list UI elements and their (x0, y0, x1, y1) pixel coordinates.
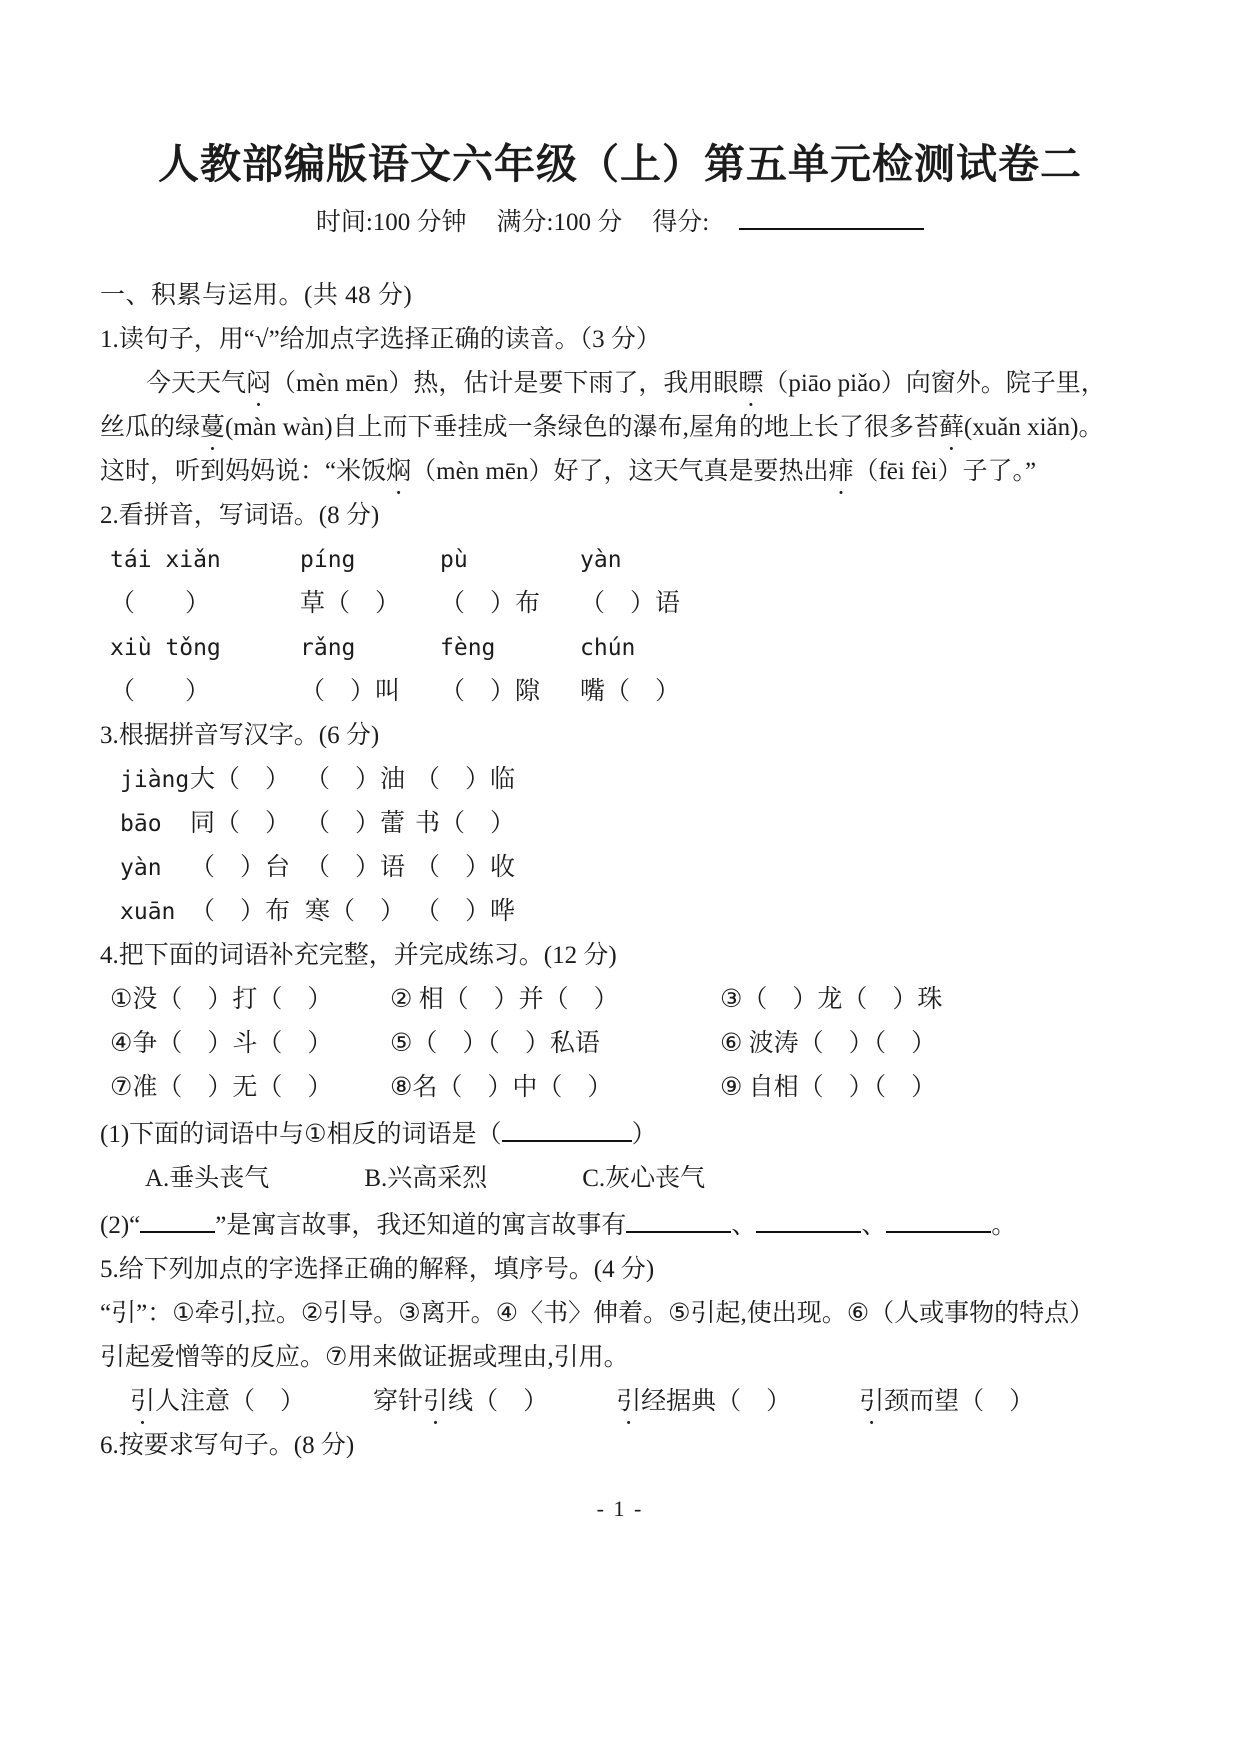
option-c: C.灰心丧气 (582, 1157, 705, 1201)
option-b: B.兴高采烈 (364, 1157, 487, 1201)
q4-sub1-options: A.垂头丧气 B.兴高采烈 C.灰心丧气 (100, 1157, 1140, 1201)
q3-row: yàn （ ）台 （ ）语 （ ）收 (100, 846, 1140, 890)
dotted-char: 痱 (828, 450, 853, 494)
q5-definition-line-1: “引”：①牵引,拉。②引导。③离开。④〈书〉伸着。⑤引起,使出现。⑥（人或事物的… (100, 1292, 1140, 1336)
q1-text: （mèn mēn）热，估计是要下雨了，我用眼 (271, 370, 738, 397)
score-blank-line (739, 198, 924, 230)
q1-text: (màn wàn)自上而下垂挂成一条绿色的瀑布,屋角的地上长了很多苔 (225, 414, 939, 441)
pinyin-cell: tái xiǎn (110, 538, 300, 582)
page-number: - 1 - (100, 1496, 1140, 1522)
meta-full-score: 满分:100 分 (497, 205, 623, 241)
q3-row: xuān （ ）布 寒（ ） （ ）哗 (100, 890, 1140, 934)
q4-sub2-separator: 、 (731, 1212, 756, 1239)
answer-brackets: （ ）语 (580, 582, 1140, 626)
dotted-char: 蔓 (200, 406, 225, 450)
option-a: A.垂头丧气 (145, 1157, 269, 1201)
q2-answer-row-1: （ ） 草（ ） （ ）布 （ ）语 (100, 582, 1140, 626)
idiom-text: 颈而望（ ） (884, 1388, 1034, 1415)
answer-brackets: （ ）哗 (415, 890, 1140, 934)
pinyin-cell: chún (580, 626, 1140, 670)
q1-text: 丝瓜的绿 (100, 414, 200, 441)
q1-text: 今天天气 (146, 370, 246, 397)
idiom-blank-group: ⑧名（ ）中（ ） (390, 1066, 720, 1110)
meta-time: 时间:100 分钟 (316, 205, 467, 241)
idiom-blank-group: ⑤（ ）（ ）私语 (390, 1022, 720, 1066)
q4-sub-question-2: (2)“”是寓言故事，我还知道的寓言故事有、、。 (100, 1201, 1140, 1248)
q1-text: （fēi fèi）子了。” (853, 458, 1036, 485)
q2-pinyin-row-1: tái xiǎn píng pù yàn (100, 538, 1140, 582)
q5-definition-line-2: 引起爱憎等的反应。⑦用来做证据或理由,引用。 (100, 1336, 1140, 1380)
question-2-label: 2.看拼音，写词语。(8 分) (100, 494, 1140, 538)
idiom-blank-group: ④争（ ）斗（ ） (110, 1022, 390, 1066)
q3-row: bāo 同（ ） （ ）蕾 书（ ） (100, 802, 1140, 846)
q1-paragraph-line-3: 这时，听到妈妈说：“米饭焖（mèn mēn）好了，这天气真是要热出痱（fēi f… (100, 450, 1140, 494)
dotted-char: 引 (616, 1380, 641, 1424)
answer-brackets: （ ）隙 (440, 670, 580, 714)
dotted-char: 瞟 (738, 362, 763, 406)
pinyin-cell: fèng (440, 626, 580, 670)
q4-idiom-line-1: ①没（ ）打（ ） ② 相（ ）并（ ） ③（ ）龙（ ）珠 (100, 978, 1140, 1022)
q1-text: 这时，听到妈妈说：“米饭 (100, 458, 386, 485)
exam-meta-line: 时间:100 分钟 满分:100 分 得分: (0, 198, 1240, 234)
q1-text: （piāo piǎo）向窗外。院子里， (763, 370, 1105, 397)
idiom-blank-group: ② 相（ ）并（ ） (390, 978, 720, 1022)
q5-idiom: 引人注意（ ） (130, 1380, 305, 1424)
dotted-char: 引 (130, 1380, 155, 1424)
answer-blank-line (886, 1201, 991, 1233)
pinyin-cell: rǎng (300, 626, 440, 670)
idiom-text: 穿针 (373, 1388, 423, 1415)
answer-blank-line (626, 1201, 731, 1233)
q5-idiom: 引经据典（ ） (616, 1380, 791, 1424)
answer-brackets: （ ）叫 (300, 670, 440, 714)
q2-pinyin-row-2: xiù tǒng rǎng fèng chún (100, 626, 1140, 670)
answer-blank-line (140, 1201, 215, 1233)
pinyin-cell: pù (440, 538, 580, 582)
q4-sub2-text: 。 (991, 1212, 1016, 1239)
pinyin-cell: xiù tǒng (110, 626, 300, 670)
question-4-label: 4.把下面的词语补充完整，并完成练习。(12 分) (100, 934, 1140, 978)
q4-sub2-separator: 、 (861, 1212, 886, 1239)
answer-brackets: （ ）临 (415, 758, 1140, 802)
question-3-label: 3.根据拼音写汉字。(6 分) (100, 714, 1140, 758)
answer-brackets: （ ）收 (415, 846, 1140, 890)
pinyin-cell: bāo (120, 802, 190, 846)
meta-score-label: 得分: (652, 205, 709, 241)
q1-text: （mèn mēn）好了，这天气真是要热出 (411, 458, 828, 485)
section-1-heading: 一、积累与运用。(共 48 分) (100, 274, 1140, 318)
answer-blank-line (756, 1201, 861, 1233)
q5-idiom: 穿针引线（ ） (373, 1380, 548, 1424)
q2-answer-row-2: （ ） （ ）叫 （ ）隙 嘴（ ） (100, 670, 1140, 714)
idiom-text: 人注意（ ） (155, 1388, 305, 1415)
q5-idiom: 引颈而望（ ） (859, 1380, 1034, 1424)
pinyin-cell: yàn (120, 846, 190, 890)
q5-idiom-row: 引人注意（ ） 穿针引线（ ） 引经据典（ ） 引颈而望（ ） (100, 1380, 1140, 1424)
exam-paper-page: 人教部编版语文六年级（上）第五单元检测试卷二 时间:100 分钟 满分:100 … (0, 0, 1240, 1754)
idiom-text: 线（ ） (448, 1388, 548, 1415)
q4-sub2-text: ”是寓言故事，我还知道的寓言故事有 (215, 1212, 626, 1239)
dotted-char: 引 (859, 1380, 884, 1424)
answer-brackets: （ ）台 (190, 846, 305, 890)
idiom-blank-group: ⑦准（ ）无（ ） (110, 1066, 390, 1110)
q1-paragraph-line-1: 今天天气闷（mèn mēn）热，估计是要下雨了，我用眼瞟（piāo piǎo）向… (100, 362, 1140, 406)
answer-blank-line (502, 1110, 632, 1142)
answer-brackets: （ ）布 (440, 582, 580, 626)
answer-brackets: （ ）语 (305, 846, 415, 890)
q3-row: jiàng 大（ ） （ ）油 （ ）临 (100, 758, 1140, 802)
pinyin-cell: xuān (120, 890, 190, 934)
pinyin-cell: píng (300, 538, 440, 582)
answer-brackets: 同（ ） (190, 802, 305, 846)
answer-brackets: 大（ ） (190, 758, 305, 802)
q4-sub-question-1: (1)下面的词语中与①相反的词语是（） (100, 1110, 1140, 1157)
q4-sub1-text: ） (632, 1121, 657, 1148)
question-6-label: 6.按要求写句子。(8 分) (100, 1424, 1140, 1468)
question-5-label: 5.给下列加点的字选择正确的解释，填序号。(4 分) (100, 1248, 1140, 1292)
dotted-char: 藓 (939, 406, 964, 450)
idiom-blank-group: ①没（ ）打（ ） (110, 978, 390, 1022)
pinyin-cell: jiàng (120, 758, 190, 802)
q4-sub2-text: (2)“ (100, 1212, 140, 1239)
q1-text: (xuǎn xiǎn)。 (964, 414, 1104, 441)
answer-brackets: （ ）油 (305, 758, 415, 802)
answer-brackets: 寒（ ） (305, 890, 415, 934)
answer-brackets: （ ） (110, 670, 300, 714)
answer-brackets: （ ） (110, 582, 300, 626)
answer-brackets: （ ）蕾 (305, 802, 415, 846)
exam-body: 一、积累与运用。(共 48 分) 1.读句子，用“√”给加点字选择正确的读音。（… (100, 234, 1140, 1522)
idiom-blank-group: ⑥ 波涛（ ）（ ） (720, 1022, 1140, 1066)
dotted-char: 引 (423, 1380, 448, 1424)
answer-brackets: （ ）布 (190, 890, 305, 934)
question-1-label: 1.读句子，用“√”给加点字选择正确的读音。（3 分） (100, 318, 1140, 362)
answer-brackets: 嘴（ ） (580, 670, 1140, 714)
q4-idiom-line-2: ④争（ ）斗（ ） ⑤（ ）（ ）私语 ⑥ 波涛（ ）（ ） (100, 1022, 1140, 1066)
pinyin-cell: yàn (580, 538, 1140, 582)
idiom-blank-group: ⑨ 自相（ ）（ ） (720, 1066, 1140, 1110)
dotted-char: 闷 (246, 362, 271, 406)
idiom-blank-group: ③（ ）龙（ ）珠 (720, 978, 1140, 1022)
q4-sub1-text: (1)下面的词语中与①相反的词语是（ (100, 1121, 502, 1148)
page-title: 人教部编版语文六年级（上）第五单元检测试卷二 (0, 138, 1240, 190)
idiom-text: 经据典（ ） (641, 1388, 791, 1415)
dotted-char: 焖 (386, 450, 411, 494)
q4-idiom-line-3: ⑦准（ ）无（ ） ⑧名（ ）中（ ） ⑨ 自相（ ）（ ） (100, 1066, 1140, 1110)
answer-brackets: 书（ ） (415, 802, 1140, 846)
answer-brackets: 草（ ） (300, 582, 440, 626)
